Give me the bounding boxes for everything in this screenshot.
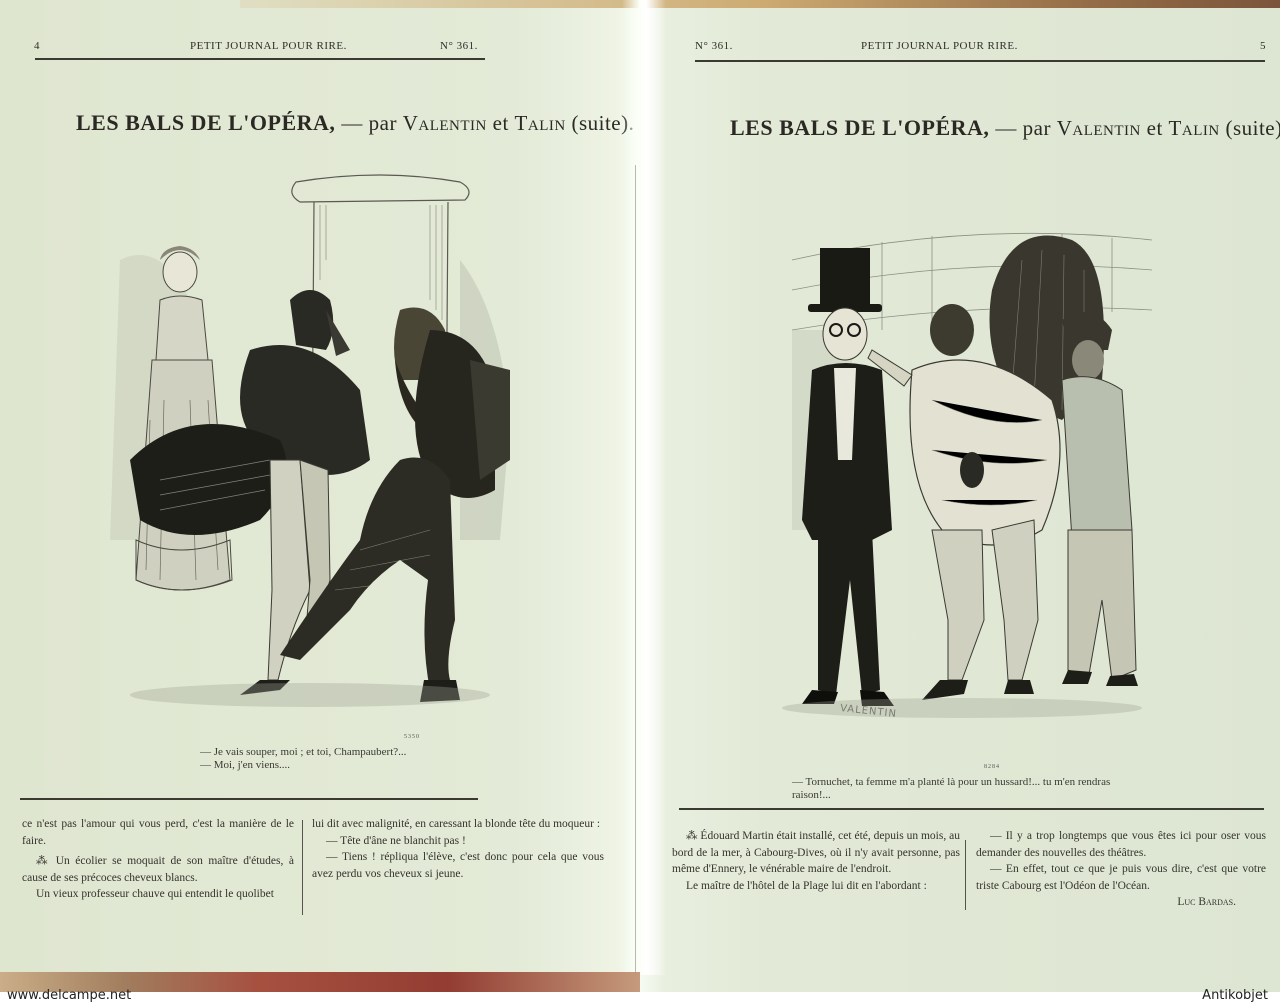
caption-line-1: — Tornuchet, ta femme m'a planté là pour… <box>792 776 1172 789</box>
body-rule <box>679 808 1264 810</box>
paragraph: lui dit avec malignité, en caressant la … <box>312 816 604 833</box>
illustration-caption: — Tornuchet, ta femme m'a planté là pour… <box>792 776 1172 802</box>
text-column-1: ⁂ Édouard Martin était installé, cet été… <box>672 828 960 894</box>
column-separator <box>965 840 966 910</box>
right-illustration <box>772 200 1172 740</box>
headline-author-2: Talin <box>1169 116 1220 140</box>
watermark-antikobjet: Antikobjet <box>1202 988 1268 1003</box>
left-illustration <box>100 160 520 720</box>
paragraph: — Il y a trop longtemps que vous êtes ic… <box>976 828 1266 861</box>
text-column-2: — Il y a trop longtemps que vous êtes ic… <box>976 828 1266 911</box>
page-number: 4 <box>34 40 40 52</box>
caption-line-1: — Je vais souper, moi ; et toi, Champaub… <box>200 746 406 759</box>
running-title: PETIT JOURNAL POUR RIRE. <box>861 40 1018 52</box>
paragraph: — Tête d'âne ne blanchit pas ! <box>312 833 604 850</box>
caption-line-2: raison!... <box>792 789 1172 802</box>
issue-number: N° 361. <box>440 40 478 52</box>
paragraph: — Tiens ! répliqua l'élève, c'est donc p… <box>312 849 604 882</box>
headline-par: par <box>1023 116 1051 140</box>
caption-line-2: — Moi, j'en viens.... <box>200 759 406 772</box>
header-rule <box>695 60 1265 62</box>
page-number: 5 <box>1260 40 1266 52</box>
headline-author-2: Talin <box>515 111 566 135</box>
headline-main: LES BALS DE L'OPÉRA, <box>730 115 989 140</box>
left-page: 4 PETIT JOURNAL POUR RIRE. N° 361. LES B… <box>0 0 630 975</box>
page-headline: LES BALS DE L'OPÉRA, — par Valentin et T… <box>76 110 634 136</box>
issue-number: N° 361. <box>695 40 733 52</box>
engraver-mark: 8284 <box>984 764 1000 770</box>
page-headline: LES BALS DE L'OPÉRA, — par Valentin et T… <box>730 115 1280 141</box>
headline-author-1: Valentin <box>403 111 487 135</box>
headline-main: LES BALS DE L'OPÉRA, <box>76 110 335 135</box>
paragraph: ⁂ Un écolier se moquait de son maître d'… <box>22 853 294 886</box>
watermark-delcampe: www.delcampe.net <box>7 988 131 1003</box>
paragraph: ⁂ Édouard Martin était installé, cet été… <box>672 828 960 878</box>
paragraph: Un vieux professeur chauve qui entendit … <box>22 886 294 903</box>
author-signature: Luc Bardas. <box>976 894 1266 911</box>
paragraph: Le maître de l'hôtel de la Plage lui dit… <box>672 878 960 895</box>
headline-dash: — <box>995 116 1017 140</box>
headline-par: par <box>369 111 397 135</box>
right-running-head: N° 361. PETIT JOURNAL POUR RIRE. 5 <box>695 34 1280 58</box>
headline-dash: — <box>341 111 363 135</box>
headline-suite: (suite). <box>1225 116 1280 140</box>
illustration-caption: — Je vais souper, moi ; et toi, Champaub… <box>200 746 406 772</box>
headline-et: et <box>493 111 509 135</box>
text-column-1: ce n'est pas l'amour qui vous perd, c'es… <box>22 816 294 903</box>
gutter-shadow-line <box>635 165 636 975</box>
engraver-mark: 5350 <box>404 734 420 740</box>
text-column-2: lui dit avec malignité, en caressant la … <box>312 816 604 882</box>
column-separator <box>302 820 303 915</box>
right-page: N° 361. PETIT JOURNAL POUR RIRE. 5 LES B… <box>652 0 1280 975</box>
headline-et: et <box>1147 116 1163 140</box>
header-rule <box>35 58 485 60</box>
magazine-spread: 4 PETIT JOURNAL POUR RIRE. N° 361. LES B… <box>0 0 1280 992</box>
body-rule <box>20 798 478 800</box>
left-running-head: 4 PETIT JOURNAL POUR RIRE. N° 361. <box>34 34 630 58</box>
headline-author-1: Valentin <box>1057 116 1141 140</box>
paragraph: ce n'est pas l'amour qui vous perd, c'es… <box>22 816 294 849</box>
running-title: PETIT JOURNAL POUR RIRE. <box>190 40 347 52</box>
paragraph: — En effet, tout ce que je puis vous dir… <box>976 861 1266 894</box>
